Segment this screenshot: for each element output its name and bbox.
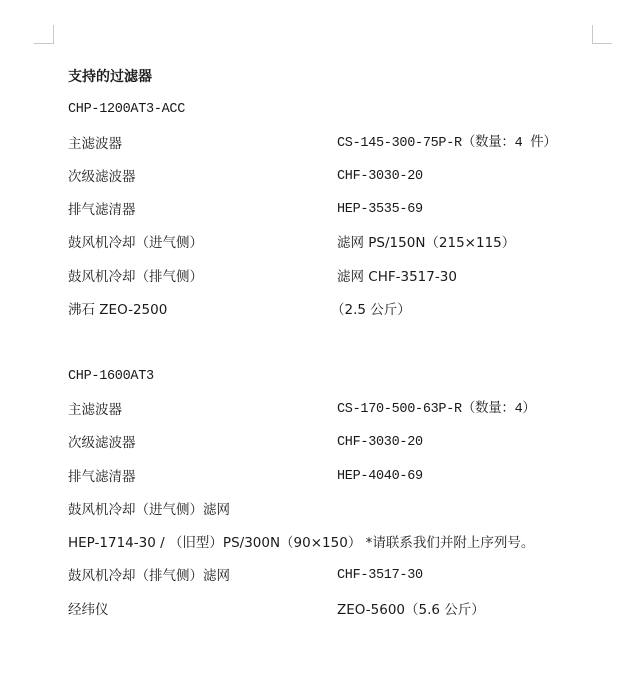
filter-value: （2.5 公斤） bbox=[331, 301, 411, 319]
filter-row: 鼓风机冷却（进气侧） 滤网 PS/150N（215×115） bbox=[68, 234, 588, 267]
model-heading-chp-1600at3: CHP-1600AT3 bbox=[68, 368, 588, 401]
filter-value: CS-170-500-63P-R（数量：4） bbox=[337, 401, 536, 419]
model-heading-chp-1200at3-acc: CHP-1200AT3-ACC bbox=[68, 101, 588, 134]
filter-row: 次级滤波器 CHF-3030-20 bbox=[68, 168, 588, 201]
filter-label: 排气滤清器 bbox=[68, 201, 136, 219]
filter-value: CS-145-300-75P-R（数量：4 件） bbox=[337, 135, 557, 153]
filter-label: 沸石 ZEO-2500 bbox=[68, 301, 167, 319]
document-title: 支持的过滤器 bbox=[68, 68, 588, 101]
filter-value: CHF-3030-20 bbox=[337, 434, 423, 452]
filter-label: 主滤波器 bbox=[68, 401, 122, 419]
filter-row: 鼓风机冷却（进气侧）滤网 bbox=[68, 501, 588, 534]
filter-value: HEP-4040-69 bbox=[337, 468, 423, 486]
filter-label: 鼓风机冷却（进气侧） bbox=[68, 234, 203, 252]
filter-row: 鼓风机冷却（排气侧）滤网 CHF-3517-30 bbox=[68, 567, 588, 600]
filter-row: 沸石 ZEO-2500 （2.5 公斤） bbox=[68, 301, 588, 334]
filter-value: 滤网 CHF-3517-30 bbox=[337, 268, 457, 286]
filter-value: HEP-3535-69 bbox=[337, 201, 423, 219]
filter-value: CHF-3517-30 bbox=[337, 567, 423, 585]
filter-row: 鼓风机冷却（排气侧） 滤网 CHF-3517-30 bbox=[68, 268, 588, 301]
filter-value: CHF-3030-20 bbox=[337, 168, 423, 186]
filter-value: 滤网 PS/150N（215×115） bbox=[337, 234, 515, 252]
filter-label: 鼓风机冷却（排气侧）滤网 bbox=[68, 567, 230, 585]
filter-row: 排气滤清器 HEP-3535-69 bbox=[68, 201, 588, 234]
filter-label: 经纬仪 bbox=[68, 601, 109, 619]
filter-label: 次级滤波器 bbox=[68, 168, 136, 186]
filter-row: 主滤波器 CS-170-500-63P-R（数量：4） bbox=[68, 401, 588, 434]
document-body: 支持的过滤器 CHP-1200AT3-ACC 主滤波器 CS-145-300-7… bbox=[68, 68, 588, 634]
filter-note-line: HEP-1714-30 / （旧型）PS/300N（90×150） *请联系我们… bbox=[68, 534, 588, 567]
filter-row: 经纬仪 ZEO-5600（5.6 公斤） bbox=[68, 601, 588, 634]
filter-label: 鼓风机冷却（排气侧） bbox=[68, 268, 203, 286]
filter-row: 排气滤清器 HEP-4040-69 bbox=[68, 468, 588, 501]
section-spacer bbox=[68, 334, 588, 367]
filter-label: 次级滤波器 bbox=[68, 434, 136, 452]
filter-value: ZEO-5600（5.6 公斤） bbox=[337, 601, 485, 619]
page-corner-mark-top-right bbox=[592, 25, 612, 44]
filter-row: 主滤波器 CS-145-300-75P-R（数量：4 件） bbox=[68, 135, 588, 168]
filter-label: 排气滤清器 bbox=[68, 468, 136, 486]
page-corner-mark-top-left bbox=[34, 25, 54, 44]
filter-row: 次级滤波器 CHF-3030-20 bbox=[68, 434, 588, 467]
filter-label: 鼓风机冷却（进气侧）滤网 bbox=[68, 501, 230, 519]
filter-label: 主滤波器 bbox=[68, 135, 122, 153]
